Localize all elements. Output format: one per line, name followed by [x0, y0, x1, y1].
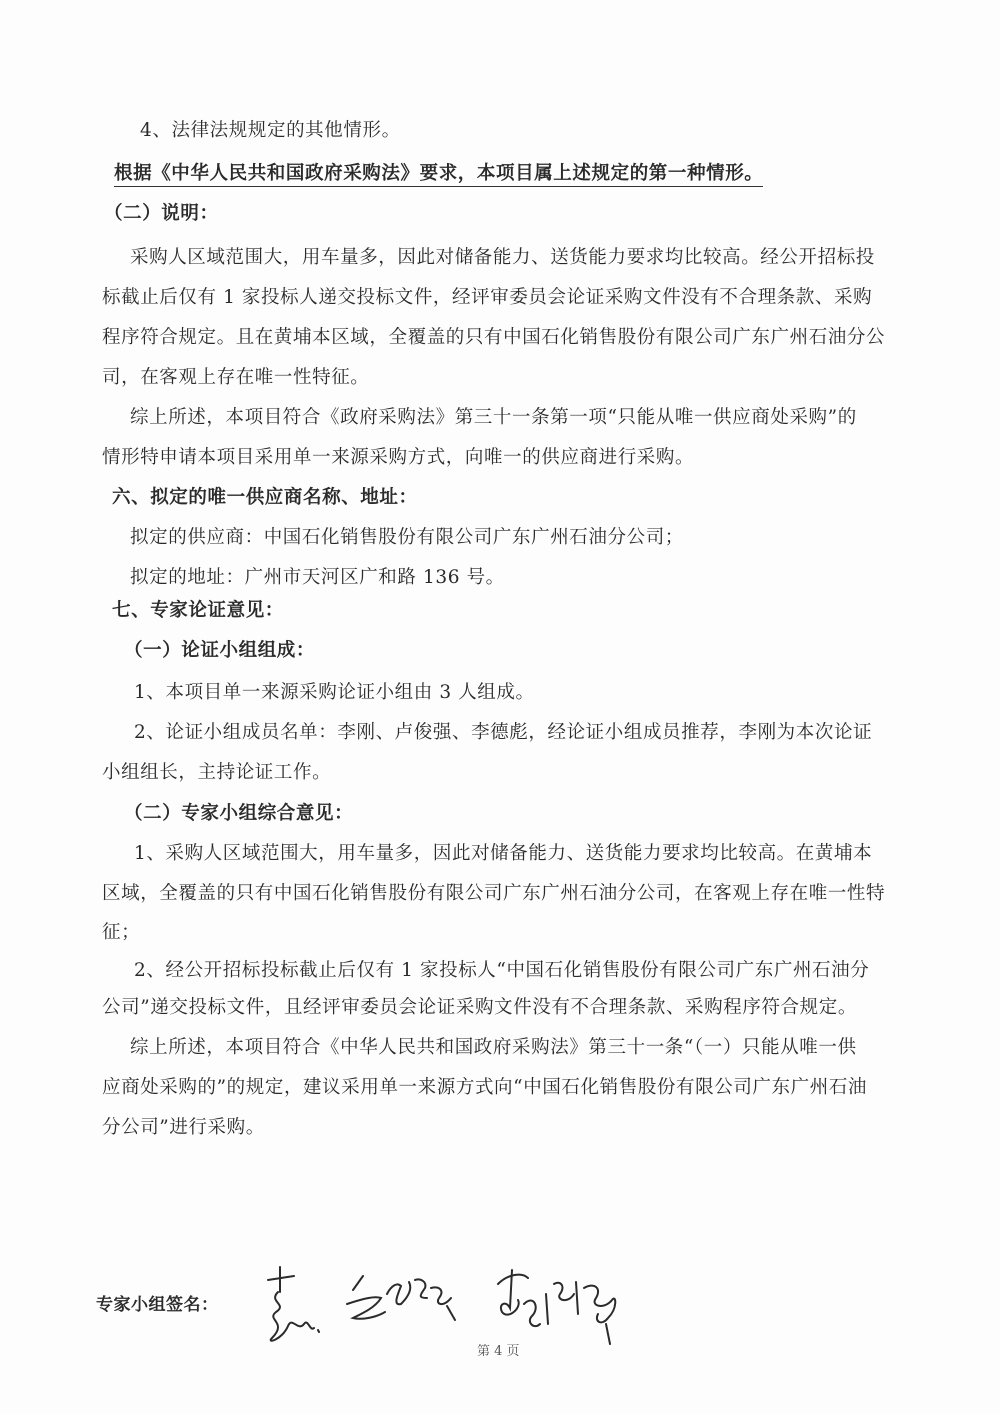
paragraph-line: 综上所述，本项目符合《政府采购法》第三十一条第一项“只能从唯一供应商处采购”的: [130, 407, 857, 429]
line-text: 综上所述，本项目符合《中华人民共和国政府采购法》第三十一条“（一）只能从唯一供: [130, 1037, 857, 1058]
section-heading: （一）论证小组组成：: [124, 640, 315, 662]
line-text: 应商处采购的”的规定，建议采用单一来源方式向“中国石化销售股份有限公司广东广州石…: [102, 1077, 867, 1098]
paragraph-line: 分公司”进行采购。: [102, 1117, 265, 1139]
section-heading: 六、拟定的唯一供应商名称、地址：: [112, 487, 418, 509]
page-number: 第 4 页: [477, 1340, 520, 1359]
paragraph-line: 公司”递交投标文件，且经评审委员会论证采购文件没有不合理条款、采购程序符合规定。: [102, 997, 857, 1019]
line-text: 征；: [102, 922, 140, 943]
line-text: 六、拟定的唯一供应商名称、地址：: [112, 487, 418, 508]
paragraph-line: 综上所述，本项目符合《中华人民共和国政府采购法》第三十一条“（一）只能从唯一供: [130, 1037, 857, 1059]
line-text: （二）说明：: [104, 203, 219, 224]
line-text: 分公司”进行采购。: [102, 1117, 265, 1138]
line-text: 采购人区域范围大，用车量多，因此对储备能力、送货能力要求均比较高。经公开招标投: [130, 247, 875, 268]
line-text: 区域，全覆盖的只有中国石化销售股份有限公司广东广州石油分公司，在客观上存在唯一性…: [102, 883, 885, 904]
line-text: 2、经公开招标投标截止后仅有 1 家投标人“中国石化销售股份有限公司广东广州石油…: [134, 960, 869, 981]
section-heading: 根据《中华人民共和国政府采购法》要求，本项目属上述规定的第一种情形。: [114, 163, 763, 185]
line-text: 拟定的供应商：中国石化销售股份有限公司广东广州石油分公司；: [130, 527, 684, 548]
line-text: （一）论证小组组成：: [124, 640, 315, 661]
line-text: （二）专家小组综合意见：: [124, 803, 353, 824]
paragraph-line: 拟定的供应商：中国石化销售股份有限公司广东广州石油分公司；: [130, 527, 684, 549]
line-text: 1、采购人区域范围大，用车量多，因此对储备能力、送货能力要求均比较高。在黄埔本: [134, 843, 872, 864]
line-text: 综上所述，本项目符合《政府采购法》第三十一条第一项“只能从唯一供应商处采购”的: [130, 407, 857, 428]
section-heading: （二）说明：: [104, 203, 219, 225]
signature-lu-junqiang: [335, 1268, 475, 1338]
line-text: 七、专家论证意见：: [112, 600, 284, 621]
signature-label: 专家小组签名：: [96, 1290, 219, 1315]
line-text: 拟定的地址：广州市天河区广和路 136 号。: [130, 567, 505, 588]
line-text: 程序符合规定。且在黄埔本区域，全覆盖的只有中国石化销售股份有限公司广东广州石油分…: [102, 327, 885, 348]
paragraph-line: 2、经公开招标投标截止后仅有 1 家投标人“中国石化销售股份有限公司广东广州石油…: [134, 960, 869, 982]
line-text: 1、本项目单一来源采购论证小组由 3 人组成。: [134, 682, 535, 703]
paragraph-line: 4、法律法规规定的其他情形。: [140, 120, 401, 142]
paragraph-line: 征；: [102, 922, 140, 944]
line-text: 司，在客观上存在唯一性特征。: [102, 367, 369, 388]
paragraph-line: 区域，全覆盖的只有中国石化销售股份有限公司广东广州石油分公司，在客观上存在唯一性…: [102, 883, 885, 905]
document-page: 4、法律法规规定的其他情形。根据《中华人民共和国政府采购法》要求，本项目属上述规…: [0, 0, 1000, 1414]
line-text: 2、论证小组成员名单：李刚、卢俊强、李德彪，经论证小组成员推荐，李刚为本次论证: [134, 722, 872, 743]
paragraph-line: 应商处采购的”的规定，建议采用单一来源方式向“中国石化销售股份有限公司广东广州石…: [102, 1077, 867, 1099]
paragraph-line: 小组组长，主持论证工作。: [102, 762, 331, 784]
paragraph-line: 拟定的地址：广州市天河区广和路 136 号。: [130, 567, 505, 589]
line-text: 情形特申请本项目采用单一来源采购方式，向唯一的供应商进行采购。: [102, 447, 694, 468]
paragraph-line: 标截止后仅有 1 家投标人递交投标文件，经评审委员会论证采购文件没有不合理条款、…: [102, 287, 872, 309]
section-heading: （二）专家小组综合意见：: [124, 803, 353, 825]
line-text: 小组组长，主持论证工作。: [102, 762, 331, 783]
paragraph-line: 司，在客观上存在唯一性特征。: [102, 367, 369, 389]
line-text: 公司”递交投标文件，且经评审委员会论证采购文件没有不合理条款、采购程序符合规定。: [102, 997, 857, 1018]
line-text: 4、法律法规规定的其他情形。: [140, 120, 401, 141]
paragraph-line: 1、本项目单一来源采购论证小组由 3 人组成。: [134, 682, 535, 704]
paragraph-line: 程序符合规定。且在黄埔本区域，全覆盖的只有中国石化销售股份有限公司广东广州石油分…: [102, 327, 885, 349]
paragraph-line: 情形特申请本项目采用单一来源采购方式，向唯一的供应商进行采购。: [102, 447, 694, 469]
line-text: 标截止后仅有 1 家投标人递交投标文件，经评审委员会论证采购文件没有不合理条款、…: [102, 287, 872, 308]
paragraph-line: 2、论证小组成员名单：李刚、卢俊强、李德彪，经论证小组成员推荐，李刚为本次论证: [134, 722, 872, 744]
signature-li-gang: [258, 1262, 338, 1352]
line-text: 根据《中华人民共和国政府采购法》要求，本项目属上述规定的第一种情形。: [114, 163, 763, 187]
paragraph-line: 采购人区域范围大，用车量多，因此对储备能力、送货能力要求均比较高。经公开招标投: [130, 247, 875, 269]
section-heading: 七、专家论证意见：: [112, 600, 284, 622]
paragraph-line: 1、采购人区域范围大，用车量多，因此对储备能力、送货能力要求均比较高。在黄埔本: [134, 843, 872, 865]
